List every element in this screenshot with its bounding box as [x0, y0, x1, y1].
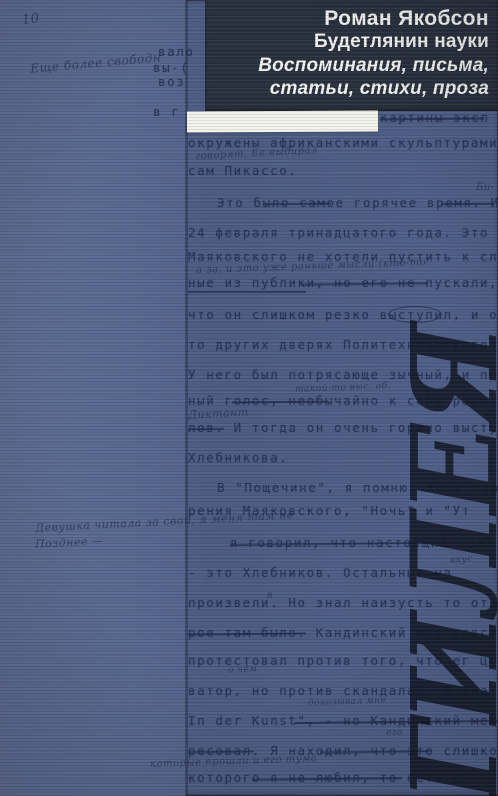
typed-line: вало	[158, 46, 195, 59]
edit-mark	[188, 291, 306, 293]
typed-line: Хлебникова.	[188, 452, 288, 465]
blank-label-strip	[187, 111, 378, 133]
book-cover: валовы-(возв гкартины экспокружены африк…	[0, 0, 498, 796]
handwritten-annotation: Би-	[476, 182, 495, 193]
edit-mark	[388, 306, 442, 323]
spine-strip	[0, 0, 186, 796]
handwritten-annotation: я	[266, 590, 273, 601]
typed-line: воз	[158, 76, 185, 89]
publisher-vertical-wordmark: ГИЛЕЯ	[396, 360, 498, 796]
book-title: Будетлянин науки	[205, 31, 489, 54]
handwritten-annotation: 10	[21, 11, 40, 28]
handwritten-annotation: доказывал мне	[308, 696, 387, 709]
subtitle-line-2: статьи, стихи, проза	[205, 77, 489, 100]
edit-mark	[188, 428, 224, 430]
typed-line: что он слишком резко выступил, и он тогд…	[188, 309, 498, 322]
typed-line: 24 февраля тринадцатого года. Это я очен	[188, 227, 498, 240]
subtitle-line-1: Воспоминания, письма,	[205, 54, 489, 77]
title-panel: Роман Якобсон Будетлянин науки Воспомина…	[205, 0, 498, 111]
typed-line: сам Пикассо.	[188, 165, 298, 178]
handwritten-annotation: о чём	[228, 664, 258, 675]
author-name: Роман Якобсон	[205, 7, 489, 31]
typed-line: в г	[153, 106, 180, 119]
typed-line: окружены африканскими скульптурами, кото	[188, 137, 498, 150]
